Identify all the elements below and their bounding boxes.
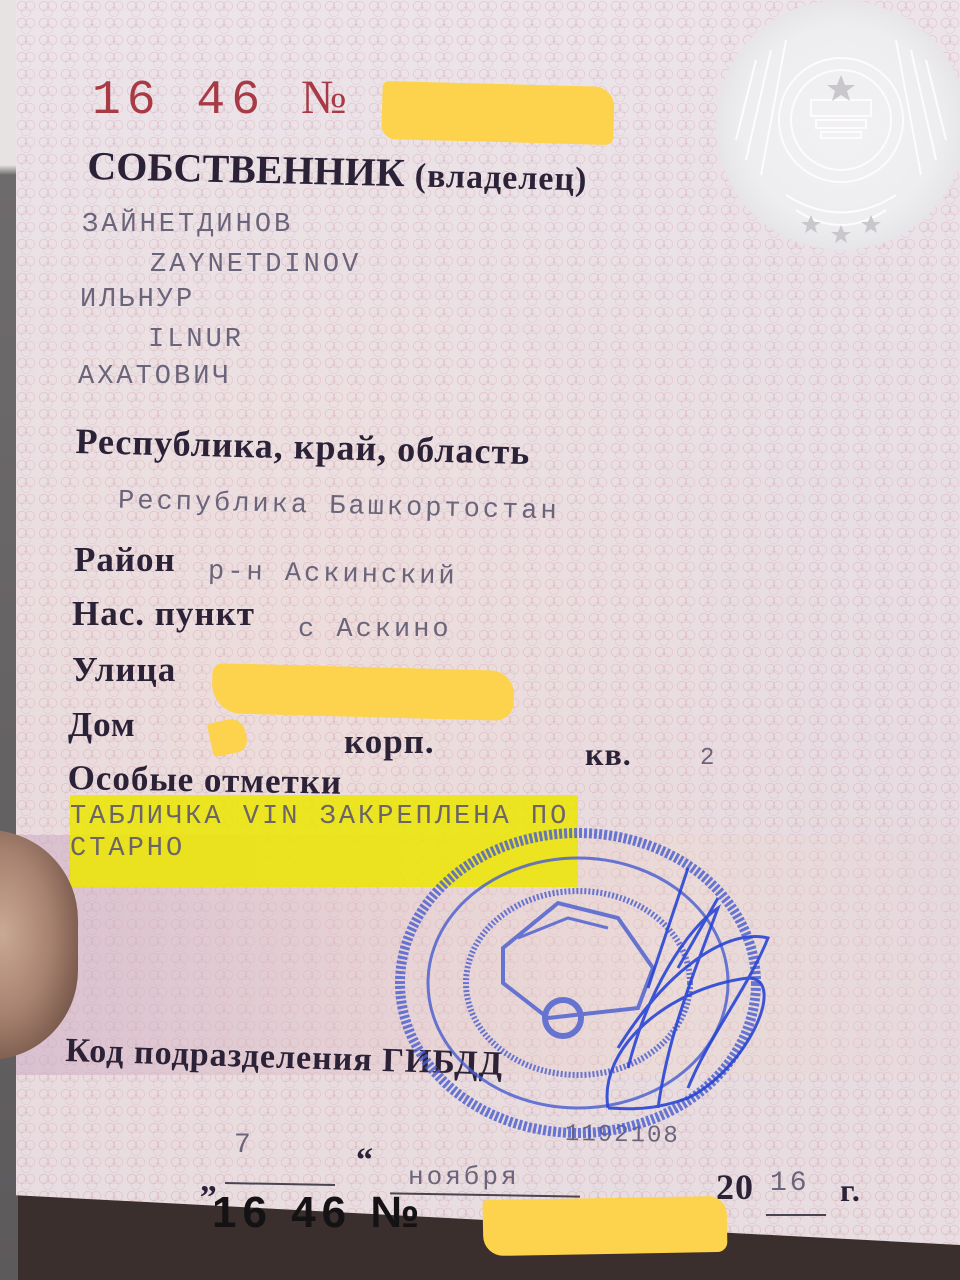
- owner-heading-label: СОБСТВЕННИК: [87, 143, 405, 195]
- bottom-serial-region: 16: [212, 1188, 273, 1237]
- top-serial-number-redaction: [381, 81, 614, 145]
- top-serial: 16 46 №: [92, 70, 353, 128]
- apartment-value: 2: [700, 745, 717, 772]
- bottom-serial: 16 46 №: [212, 1188, 425, 1238]
- locality-label: Нас. пункт: [72, 594, 255, 634]
- gibdd-code-value: 1192108: [565, 1121, 680, 1150]
- building-label: корп.: [344, 722, 435, 762]
- locality-value: с Аскино: [298, 615, 452, 645]
- owner-heading-sub: (владелец): [414, 157, 587, 198]
- owner-name-lat: ILNUR: [148, 325, 244, 355]
- top-serial-series: 46: [196, 74, 266, 128]
- owner-name-ru: ИЛЬНУР: [80, 285, 195, 315]
- bottom-serial-number-redaction: [483, 1196, 728, 1256]
- street-label: Улица: [72, 650, 176, 690]
- owner-surname-ru: ЗАЙНЕТДИНОВ: [82, 210, 293, 240]
- district-label: Район: [74, 540, 176, 580]
- date-year-unit: г.: [840, 1172, 861, 1209]
- street-value-redaction: [211, 663, 514, 721]
- date-close-quote: “: [356, 1142, 374, 1180]
- apartment-label: кв.: [585, 736, 632, 773]
- date-year-underline: [766, 1214, 826, 1216]
- owner-surname-lat: ZAYNETDINOV: [150, 250, 361, 280]
- district-value: р-н Аскинский: [208, 557, 458, 592]
- bottom-serial-number-sign: №: [370, 1188, 425, 1237]
- top-serial-region: 16: [92, 74, 162, 128]
- background-edge: [0, 0, 18, 1280]
- date-year-suffix: 16: [770, 1168, 810, 1199]
- notes-line-2: СТАРНО: [70, 834, 185, 864]
- owner-patronymic-ru: АХАТОВИЧ: [78, 362, 232, 392]
- date-day: 7: [234, 1130, 254, 1161]
- notes-line-1: ТАБЛИЧКА VIN ЗАКРЕПЛЕНА ПО: [70, 802, 569, 832]
- house-label: Дом: [68, 705, 136, 745]
- top-serial-number-sign: №: [301, 71, 353, 124]
- coat-of-arms-emblem-icon: [716, 0, 960, 250]
- bottom-serial-series: 46: [291, 1188, 352, 1237]
